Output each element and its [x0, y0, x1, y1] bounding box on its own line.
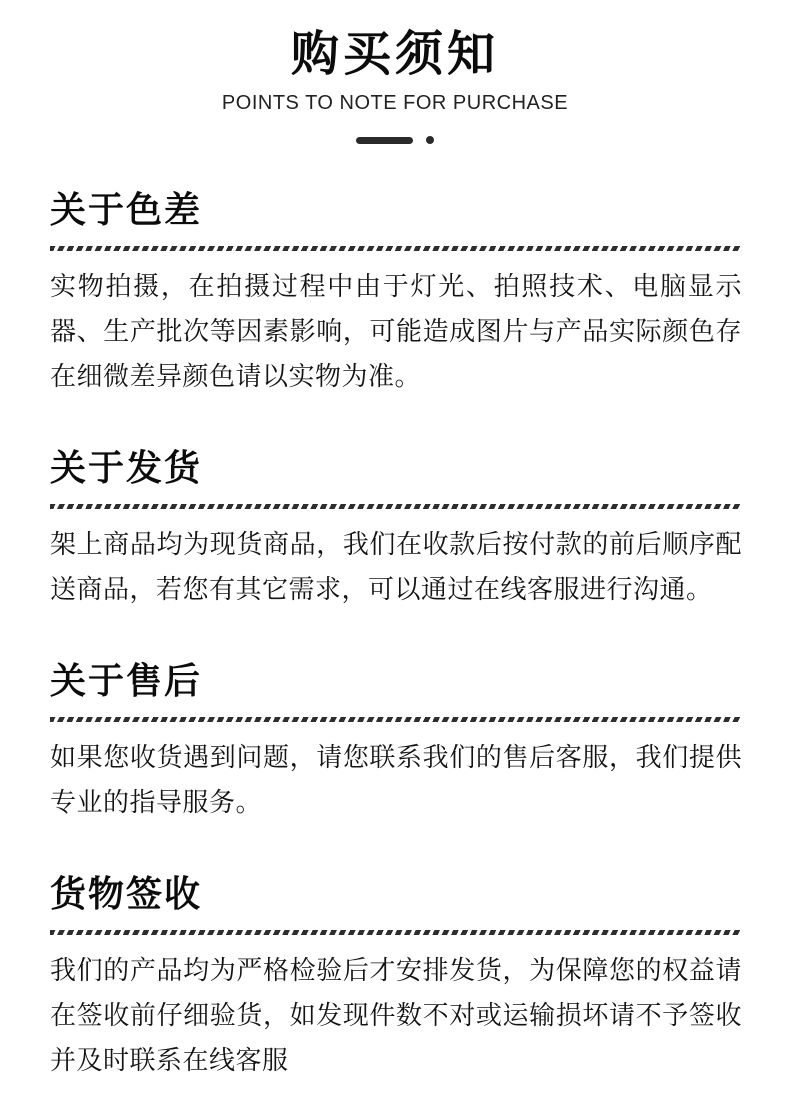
section-heading: 关于发货: [50, 447, 742, 489]
title-divider: [0, 136, 790, 144]
page-subtitle: POINTS TO NOTE FOR PURCHASE: [0, 91, 790, 115]
section-body: 如果您收货遇到问题，请您联系我们的售后客服，我们提供专业的指导服务。: [50, 735, 742, 825]
section-color-difference: 关于色差 实物拍摄，在拍摄过程中由于灯光、拍照技术、电脑显示器、生产批次等因素影…: [50, 189, 742, 399]
page-title: 购买须知: [0, 26, 790, 84]
section-body: 我们的产品均为严格检验后才安排发货，为保障您的权益请在签收前仔细验货，如发现件数…: [50, 948, 742, 1083]
section-heading: 关于色差: [50, 189, 742, 231]
page-header: 购买须知 POINTS TO NOTE FOR PURCHASE: [0, 0, 790, 144]
section-body: 架上商品均为现货商品，我们在收款后按付款的前后顺序配送商品，若您有其它需求，可以…: [50, 522, 742, 612]
dashed-divider: [50, 930, 742, 935]
sections-container: 关于色差 实物拍摄，在拍摄过程中由于灯光、拍照技术、电脑显示器、生产批次等因素影…: [0, 189, 790, 1083]
divider-dot: [426, 136, 434, 144]
dashed-divider: [50, 246, 742, 251]
section-goods-receipt: 货物签收 我们的产品均为严格检验后才安排发货，为保障您的权益请在签收前仔细验货，…: [50, 873, 742, 1083]
section-after-sales: 关于售后 如果您收货遇到问题，请您联系我们的售后客服，我们提供专业的指导服务。: [50, 660, 742, 825]
section-shipping: 关于发货 架上商品均为现货商品，我们在收款后按付款的前后顺序配送商品，若您有其它…: [50, 447, 742, 612]
section-heading: 关于售后: [50, 660, 742, 702]
dashed-divider: [50, 504, 742, 509]
section-heading: 货物签收: [50, 873, 742, 915]
dashed-divider: [50, 717, 742, 722]
section-body: 实物拍摄，在拍摄过程中由于灯光、拍照技术、电脑显示器、生产批次等因素影响，可能造…: [50, 264, 742, 399]
purchase-notes-page: 购买须知 POINTS TO NOTE FOR PURCHASE 关于色差 实物…: [0, 0, 790, 1119]
divider-bar: [356, 137, 413, 144]
